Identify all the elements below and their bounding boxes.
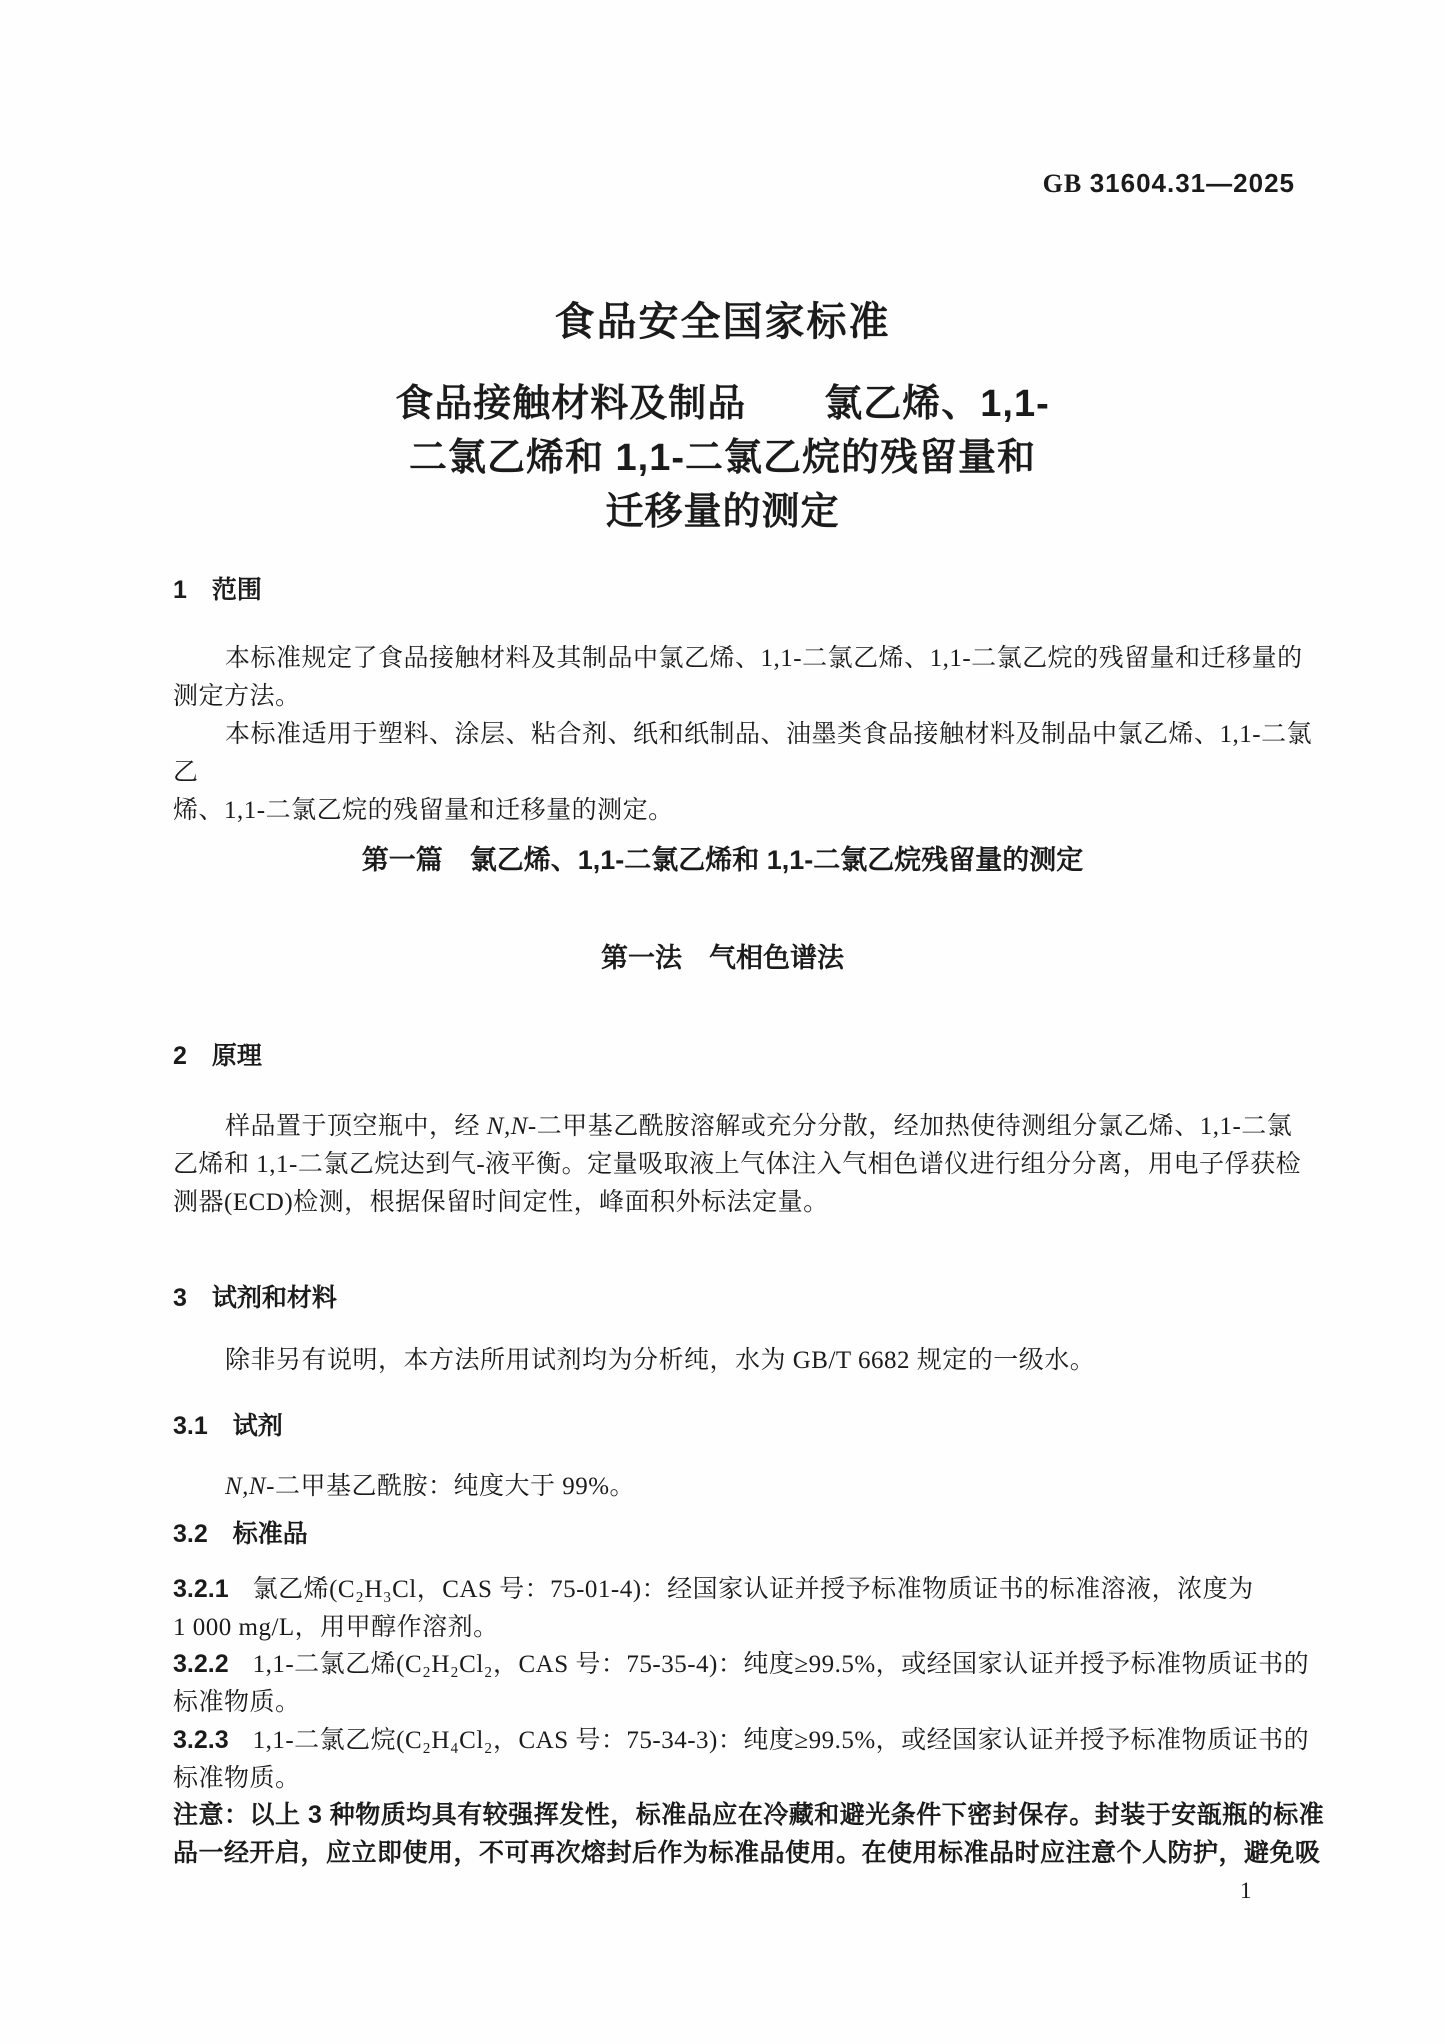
subsection-heading-reagent: 3.1 试剂 xyxy=(173,1406,283,1442)
document-page: GB 31604.31—2025 食品安全国家标准 食品接触材料及制品 氯乙烯、… xyxy=(0,0,1445,2044)
subtitle-line-1: 食品接触材料及制品 氯乙烯、1,1- xyxy=(0,377,1445,431)
page-number: 1 xyxy=(1240,1878,1252,1904)
method-heading: 第一法 气相色谱法 xyxy=(0,936,1445,975)
paragraph-line: 样品置于顶空瓶中，经 N,N-二甲基乙酰胺溶解或充分分散，经加热使待测组分氯乙烯… xyxy=(173,1108,1323,1146)
paragraph-text: 二甲基乙酰胺溶解或充分分散，经加热使待测组分氯乙烯、1,1-二氯 xyxy=(537,1113,1293,1140)
paragraph-line: 乙烯和 1,1-二氯乙烷达到气-液平衡。定量吸取液上气体注入气相色谱仪进行组分分… xyxy=(173,1146,1323,1184)
reagents-intro: 除非另有说明，本方法所用试剂均为分析纯，水为 GB/T 6682 规定的一级水。 xyxy=(173,1342,1323,1380)
reagent-item: N,N-二甲基乙酰胺：纯度大于 99%。 xyxy=(173,1468,1323,1506)
paragraph-text: 1,1-二氯乙烷(C₂H₄Cl₂，CAS 号：75-34-3)：纯度≥99.5%… xyxy=(253,1727,1310,1754)
note-line: 品一经开启，应立即使用，不可再次熔封后作为标准品使用。在使用标准品时应注意个人防… xyxy=(173,1834,1333,1872)
section-heading-principle: 2 原理 xyxy=(173,1036,262,1072)
paragraph-line: 测器(ECD)检测，根据保留时间定性，峰面积外标法定量。 xyxy=(173,1184,1323,1222)
paragraph-line: 测定方法。 xyxy=(173,678,1323,716)
paragraph-text: 样品置于顶空瓶中，经 xyxy=(225,1113,487,1140)
section-heading-reagents: 3 试剂和材料 xyxy=(173,1278,337,1314)
paragraph-line: N,N-二甲基乙酰胺：纯度大于 99%。 xyxy=(173,1468,1323,1506)
paragraph-text: 二甲基乙酰胺：纯度大于 99%。 xyxy=(275,1473,635,1500)
standard-item-2: 3.2.21,1-二氯乙烯(C₂H₂Cl₂，CAS 号：75-35-4)：纯度≥… xyxy=(173,1645,1323,1722)
paragraph-line: 标准物质。 xyxy=(173,1684,1323,1722)
paragraph-text: 氯乙烯(C₂H₃Cl，CAS 号：75-01-4)：经国家认证并授予标准物质证书… xyxy=(253,1576,1254,1603)
part-heading: 第一篇 氯乙烯、1,1-二氯乙烯和 1,1-二氯乙烷残留量的测定 xyxy=(0,838,1445,877)
standard-item-3: 3.2.31,1-二氯乙烷(C₂H₄Cl₂，CAS 号：75-34-3)：纯度≥… xyxy=(173,1721,1323,1798)
scope-paragraph-1: 本标准规定了食品接触材料及其制品中氯乙烯、1,1-二氯乙烯、1,1-二氯乙烷的残… xyxy=(173,640,1323,716)
standard-code: GB 31604.31—2025 xyxy=(1043,168,1295,199)
item-number: 3.2.1 xyxy=(173,1575,229,1603)
document-subtitle: 食品接触材料及制品 氯乙烯、1,1- 二氯乙烯和 1,1-二氯乙烷的残留量和 迁… xyxy=(0,377,1445,539)
paragraph-text: 1,1-二氯乙烯(C₂H₂Cl₂，CAS 号：75-35-4)：纯度≥99.5%… xyxy=(253,1651,1310,1678)
section-heading-scope: 1 范围 xyxy=(173,570,262,606)
paragraph-line: 3.2.21,1-二氯乙烯(C₂H₂Cl₂，CAS 号：75-35-4)：纯度≥… xyxy=(173,1645,1323,1684)
scope-paragraph-2: 本标准适用于塑料、涂层、粘合剂、纸和纸制品、油墨类食品接触材料及制品中氯乙烯、1… xyxy=(173,716,1323,830)
item-number: 3.2.2 xyxy=(173,1650,229,1678)
paragraph-line: 烯、1,1-二氯乙烷的残留量和迁移量的测定。 xyxy=(173,792,1323,830)
standard-code-number: 31604.31—2025 xyxy=(1090,168,1295,198)
subtitle-line-3: 迁移量的测定 xyxy=(0,485,1445,539)
caution-note: 注意：以上 3 种物质均具有较强挥发性，标准品应在冷藏和避光条件下密封保存。封装… xyxy=(173,1796,1333,1872)
subsection-heading-standards: 3.2 标准品 xyxy=(173,1514,308,1550)
standard-item-1: 3.2.1氯乙烯(C₂H₃Cl，CAS 号：75-01-4)：经国家认证并授予标… xyxy=(173,1570,1323,1647)
chemical-prefix-italic: N,N- xyxy=(225,1473,275,1500)
subtitle-line-2: 二氯乙烯和 1,1-二氯乙烷的残留量和 xyxy=(0,431,1445,485)
paragraph-line: 除非另有说明，本方法所用试剂均为分析纯，水为 GB/T 6682 规定的一级水。 xyxy=(173,1342,1323,1380)
paragraph-line: 3.2.1氯乙烯(C₂H₃Cl，CAS 号：75-01-4)：经国家认证并授予标… xyxy=(173,1570,1323,1609)
paragraph-line: 本标准规定了食品接触材料及其制品中氯乙烯、1,1-二氯乙烯、1,1-二氯乙烷的残… xyxy=(173,640,1323,678)
paragraph-line: 3.2.31,1-二氯乙烷(C₂H₄Cl₂，CAS 号：75-34-3)：纯度≥… xyxy=(173,1721,1323,1760)
item-number: 3.2.3 xyxy=(173,1726,229,1754)
document-title: 食品安全国家标准 xyxy=(0,290,1445,347)
principle-paragraph: 样品置于顶空瓶中，经 N,N-二甲基乙酰胺溶解或充分分散，经加热使待测组分氯乙烯… xyxy=(173,1108,1323,1222)
paragraph-line: 1 000 mg/L，用甲醇作溶剂。 xyxy=(173,1609,1323,1647)
note-line: 注意：以上 3 种物质均具有较强挥发性，标准品应在冷藏和避光条件下密封保存。封装… xyxy=(173,1796,1333,1834)
paragraph-line: 本标准适用于塑料、涂层、粘合剂、纸和纸制品、油墨类食品接触材料及制品中氯乙烯、1… xyxy=(173,716,1323,792)
chemical-prefix-italic: N,N- xyxy=(487,1113,537,1140)
paragraph-line: 标准物质。 xyxy=(173,1760,1323,1798)
standard-code-prefix: GB xyxy=(1043,169,1083,198)
